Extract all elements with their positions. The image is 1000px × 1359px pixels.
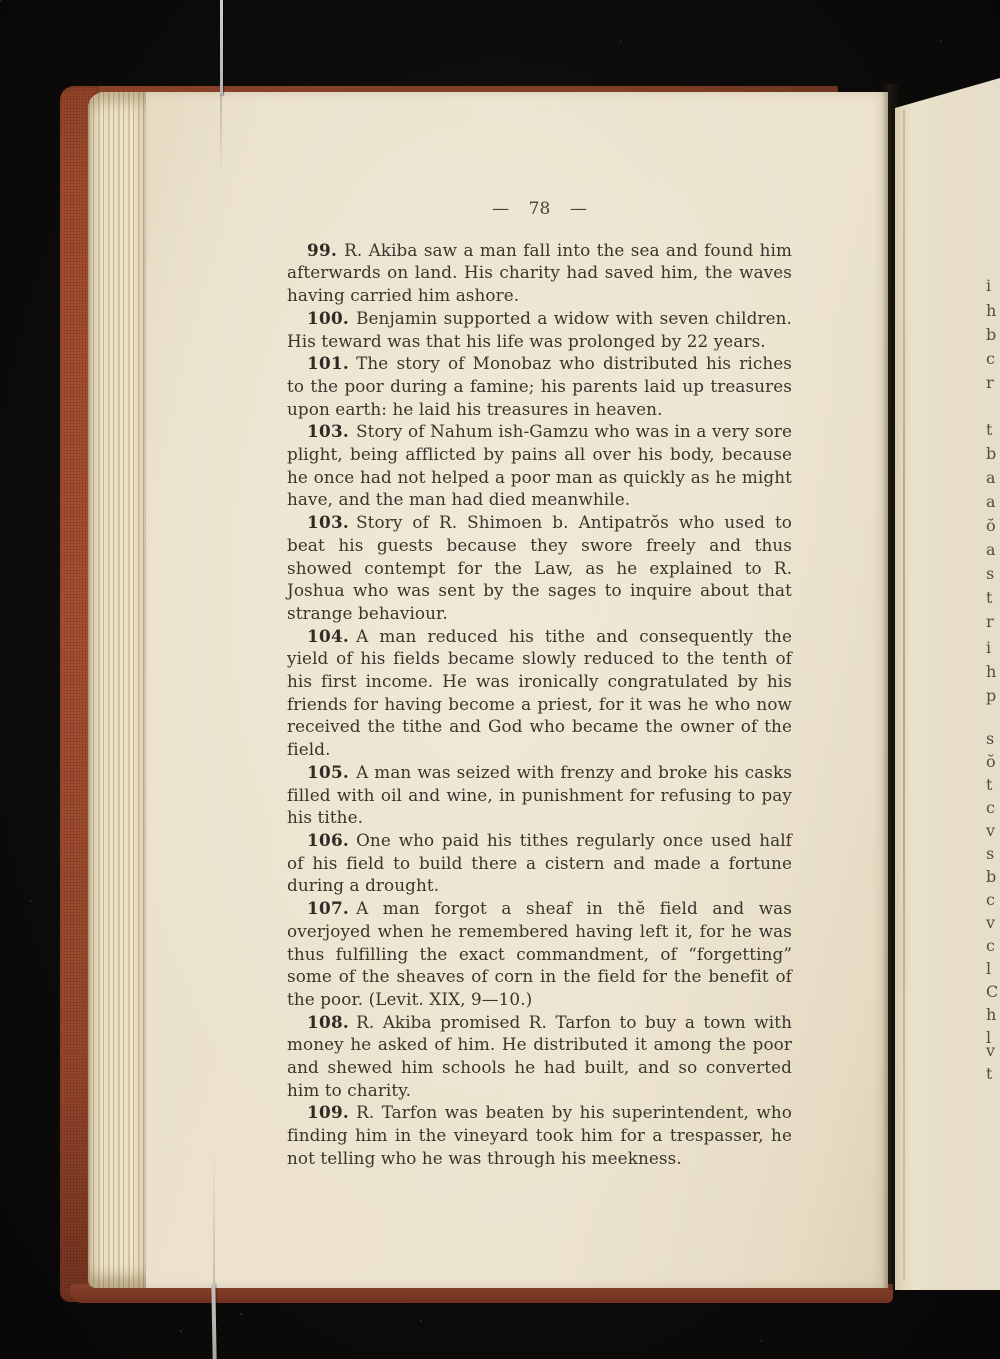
fragment-letter: ŏ bbox=[986, 518, 996, 534]
fragment-letter: a bbox=[986, 542, 996, 558]
fragment-letter: s bbox=[986, 731, 994, 747]
paragraph: 107.A man forgot a sheaf in thĕ field an… bbox=[287, 897, 792, 1011]
paragraph-number: 101. bbox=[307, 353, 349, 373]
fragment-letter: r bbox=[986, 375, 994, 391]
paragraph-number: 105. bbox=[307, 762, 349, 782]
paragraph: 103.Story of Nahum ish-Gamzu who was in … bbox=[287, 420, 792, 511]
paragraph-number: 106. bbox=[307, 830, 349, 850]
fragment-letter: c bbox=[986, 938, 995, 954]
fragment-letter: r bbox=[986, 614, 994, 630]
fragment-letter: a bbox=[986, 470, 996, 486]
fragment-letter: b bbox=[986, 446, 996, 462]
fragment-letter: c bbox=[986, 800, 995, 816]
paragraph: 104.A man reduced his tithe and conseque… bbox=[287, 625, 792, 761]
paragraph-text: R. Akiba promised R. Tarfon to buy a tow… bbox=[287, 1012, 792, 1100]
paragraph: 109.R. Tarfon was beaten by his superint… bbox=[287, 1101, 792, 1169]
paragraph: 105.A man was seized with frenzy and bro… bbox=[287, 761, 792, 829]
paragraph-number: 100. bbox=[307, 308, 349, 328]
book-scan-photo: — 78 — 99.R. Akiba saw a man fall into t… bbox=[0, 0, 1000, 1359]
facing-page bbox=[895, 78, 1000, 1290]
fragment-letter: C bbox=[986, 984, 998, 1000]
paragraph: 103.Story of R. Shimoen b. Antipatrŏs wh… bbox=[287, 511, 792, 625]
paragraph: 108.R. Akiba promised R. Tarfon to buy a… bbox=[287, 1011, 792, 1102]
fragment-letter: t bbox=[986, 1066, 992, 1082]
fragment-letter: i bbox=[986, 640, 991, 656]
paragraph-text: Benjamin supported a widow with seven ch… bbox=[287, 308, 792, 351]
fragment-letter: c bbox=[986, 892, 995, 908]
fragment-letter: p bbox=[986, 688, 996, 704]
paragraph-text: R. Tarfon was beaten by his superintende… bbox=[287, 1102, 792, 1167]
fragment-letter: v bbox=[986, 1043, 995, 1059]
paragraph: 99.R. Akiba saw a man fall into the sea … bbox=[287, 239, 792, 307]
fragment-letter: h bbox=[986, 1007, 996, 1023]
fragment-letter: b bbox=[986, 327, 996, 343]
paragraph-number: 99. bbox=[307, 240, 337, 260]
fragment-letter: c bbox=[986, 351, 995, 367]
fragment-letter: t bbox=[986, 777, 992, 793]
paragraph-text: Story of Nahum ish-Gamzu who was in a ve… bbox=[287, 421, 792, 509]
fragment-letter: a bbox=[986, 494, 996, 510]
fragment-letter: h bbox=[986, 303, 996, 319]
paragraph-text: A man reduced his tithe and consequently… bbox=[287, 626, 792, 760]
fragment-letter: b bbox=[986, 869, 996, 885]
paragraph-text: One who paid his tithes regularly once u… bbox=[287, 830, 792, 895]
facing-page-crease bbox=[903, 110, 905, 1280]
paragraph-number: 108. bbox=[307, 1012, 349, 1032]
dust-specks bbox=[0, 0, 2, 2]
fragment-letter: t bbox=[986, 590, 992, 606]
bookmark-thread-top-shadow bbox=[220, 94, 222, 174]
paragraph: 106.One who paid his tithes regularly on… bbox=[287, 829, 792, 897]
facing-page-line-fragments: ihbcrtbaaŏastrihpsŏtcvsbcvclChlvt bbox=[986, 0, 1000, 1359]
paragraph-number: 104. bbox=[307, 626, 349, 646]
fragment-letter: t bbox=[986, 422, 992, 438]
paragraph: 100.Benjamin supported a widow with seve… bbox=[287, 307, 792, 352]
paragraph-text: R. Akiba saw a man fall into the sea and… bbox=[287, 240, 792, 305]
fragment-letter: v bbox=[986, 823, 995, 839]
fragment-letter: l bbox=[986, 961, 991, 977]
fragment-letter: v bbox=[986, 915, 995, 931]
paragraph: 101.The story of Monobaz who distributed… bbox=[287, 352, 792, 420]
paragraph-number: 103. bbox=[307, 512, 349, 532]
fragment-letter: s bbox=[986, 846, 994, 862]
paragraph-text: A man was seized with frenzy and broke h… bbox=[287, 762, 792, 827]
paragraph-text: Story of R. Shimoen b. Antipatrŏs who us… bbox=[287, 512, 792, 623]
fragment-letter: h bbox=[986, 664, 996, 680]
fragment-letter: s bbox=[986, 566, 994, 582]
paragraph-number: 109. bbox=[307, 1102, 349, 1122]
bookmark-thread-top bbox=[220, 0, 223, 96]
fragment-letter: ŏ bbox=[986, 754, 996, 770]
paragraph-number: 103. bbox=[307, 421, 349, 441]
fragment-letter: i bbox=[986, 278, 991, 294]
page-edges-stack bbox=[88, 92, 148, 1288]
paragraph-text: A man forgot a sheaf in thĕ field and wa… bbox=[287, 898, 792, 1009]
paragraph-text: The story of Monobaz who distributed his… bbox=[287, 353, 792, 418]
paragraph-number: 107. bbox=[307, 898, 349, 918]
bookmark-thread-bottom-shadow bbox=[213, 1150, 215, 1286]
page-number: — 78 — bbox=[287, 198, 792, 221]
printed-text-block: — 78 — 99.R. Akiba saw a man fall into t… bbox=[287, 198, 792, 1170]
